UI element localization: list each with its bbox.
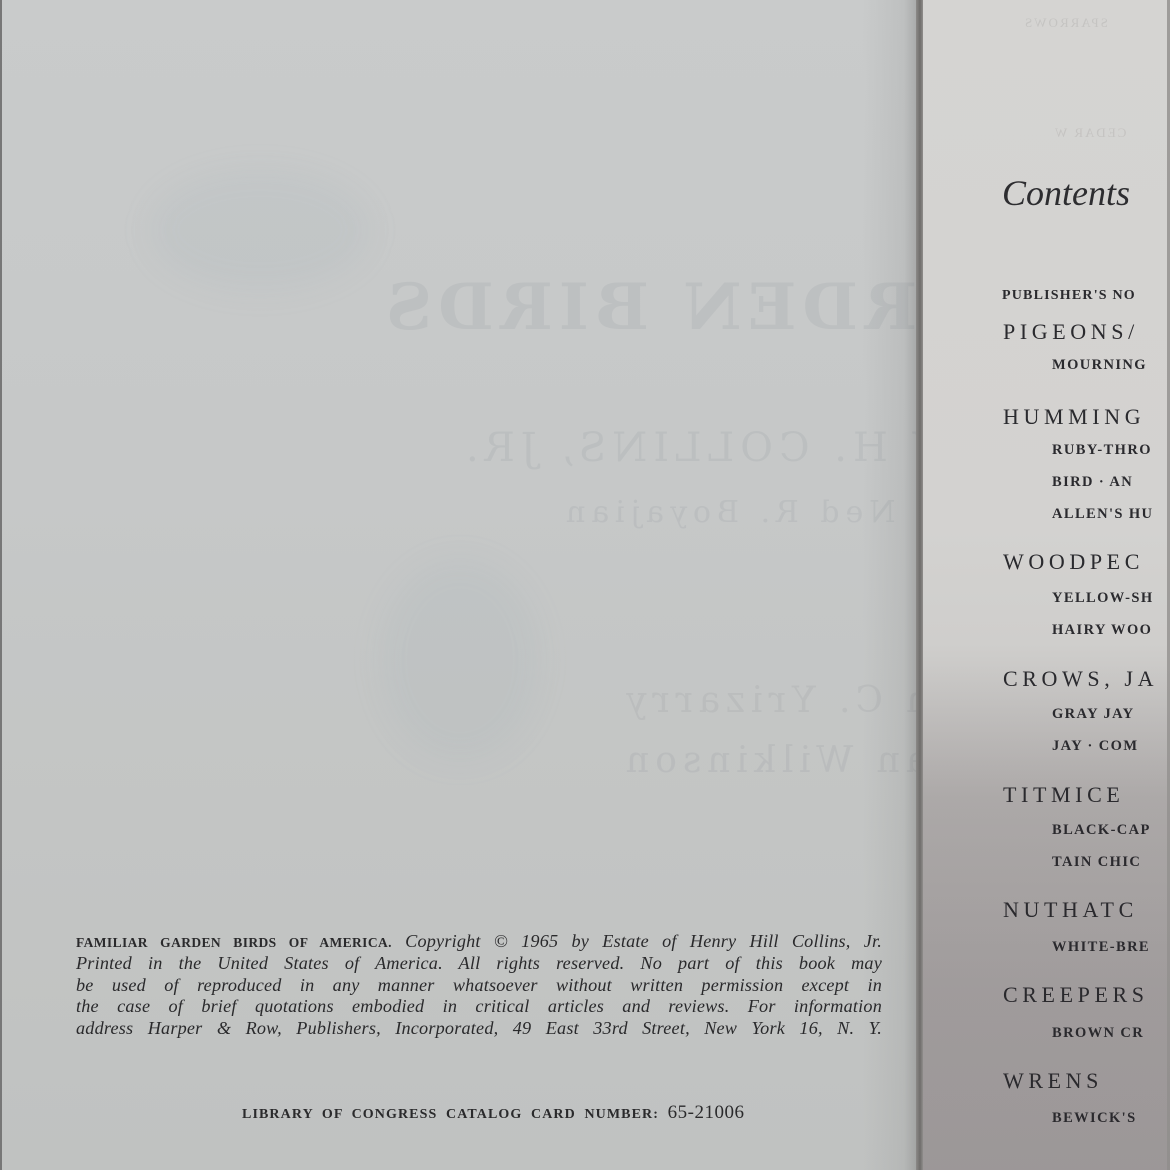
paper-stain — [150, 170, 370, 290]
toc-species-gray-jay[interactable]: GRAY JAY — [1052, 706, 1135, 723]
catalog-label: LIBRARY OF CONGRESS CATALOG CARD NUMBER: — [242, 1107, 659, 1122]
toc-section-titmice[interactable]: TITMICE — [1003, 782, 1124, 808]
toc-species-brown-creeper[interactable]: BROWN CR — [1052, 1025, 1144, 1042]
toc-section-nuthatches[interactable]: NUTHATC — [1003, 897, 1138, 923]
toc-section-crows-jays[interactable]: CROWS, JA — [1003, 666, 1158, 692]
catalog-number: 65-21006 — [668, 1102, 745, 1123]
toc-section-woodpeckers[interactable]: WOODPEC — [1003, 549, 1144, 575]
copyright-notice: FAMILIAR GARDEN BIRDS OF AMERICA. Copyri… — [76, 931, 882, 1039]
contents-title: Contents — [1002, 172, 1130, 214]
toc-species-ruby-throated[interactable]: RUBY-THRO — [1052, 442, 1152, 459]
toc-section-creepers[interactable]: CREEPERS — [1003, 982, 1149, 1008]
toc-species-jay-common[interactable]: JAY · COM — [1052, 738, 1138, 755]
toc-publishers-note[interactable]: PUBLISHER'S NO — [1002, 288, 1136, 304]
copyright-line-5: address Harper & Row, Publishers, Incorp… — [76, 1018, 882, 1039]
toc-section-hummingbirds[interactable]: HUMMING — [1003, 404, 1145, 430]
toc-species-mountain-chickadee[interactable]: TAIN CHIC — [1052, 854, 1141, 871]
toc-species-mourning[interactable]: MOURNING — [1052, 357, 1147, 374]
toc-species-yellow-shafted[interactable]: YELLOW-SH — [1052, 590, 1154, 607]
copyright-line-1: FAMILIAR GARDEN BIRDS OF AMERICA. Copyri… — [76, 931, 882, 953]
copyright-line-4: the case of brief quotations embodied in… — [76, 996, 882, 1017]
paper-stain — [380, 560, 540, 760]
toc-species-allens[interactable]: ALLEN'S HU — [1052, 506, 1153, 523]
toc-species-white-breasted[interactable]: WHITE-BRE — [1052, 939, 1150, 956]
open-book-spread: GARDEN BIRDS HENRY H. COLLINS, JR. and N… — [0, 0, 1170, 1170]
showthrough-text: CEDAR W — [1053, 125, 1126, 141]
toc-species-black-capped[interactable]: BLACK-CAP — [1052, 822, 1151, 839]
contents-page: SPARROWS CEDAR W Contents PUBLISHER'S NO… — [923, 0, 1170, 1170]
toc-species-bird-anna[interactable]: BIRD · AN — [1052, 474, 1133, 491]
catalog-card-number: LIBRARY OF CONGRESS CATALOG CARD NUMBER:… — [242, 1102, 744, 1124]
copyright-line-2: Printed in the United States of America.… — [76, 953, 882, 974]
toc-species-bewicks[interactable]: BEWICK'S — [1052, 1110, 1137, 1127]
page-edge — [0, 0, 2, 1170]
copyright-line-3: be used of reproduced in any manner what… — [76, 975, 882, 996]
toc-section-wrens[interactable]: WRENS — [1003, 1068, 1103, 1094]
toc-section-pigeons[interactable]: PIGEONS/ — [1003, 319, 1139, 345]
showthrough-text: SPARROWS — [1023, 15, 1108, 31]
toc-species-hairy-woodpecker[interactable]: HAIRY WOO — [1052, 622, 1152, 639]
copyright-page: GARDEN BIRDS HENRY H. COLLINS, JR. and N… — [0, 0, 922, 1170]
book-title: FAMILIAR GARDEN BIRDS OF AMERICA. — [76, 935, 392, 950]
